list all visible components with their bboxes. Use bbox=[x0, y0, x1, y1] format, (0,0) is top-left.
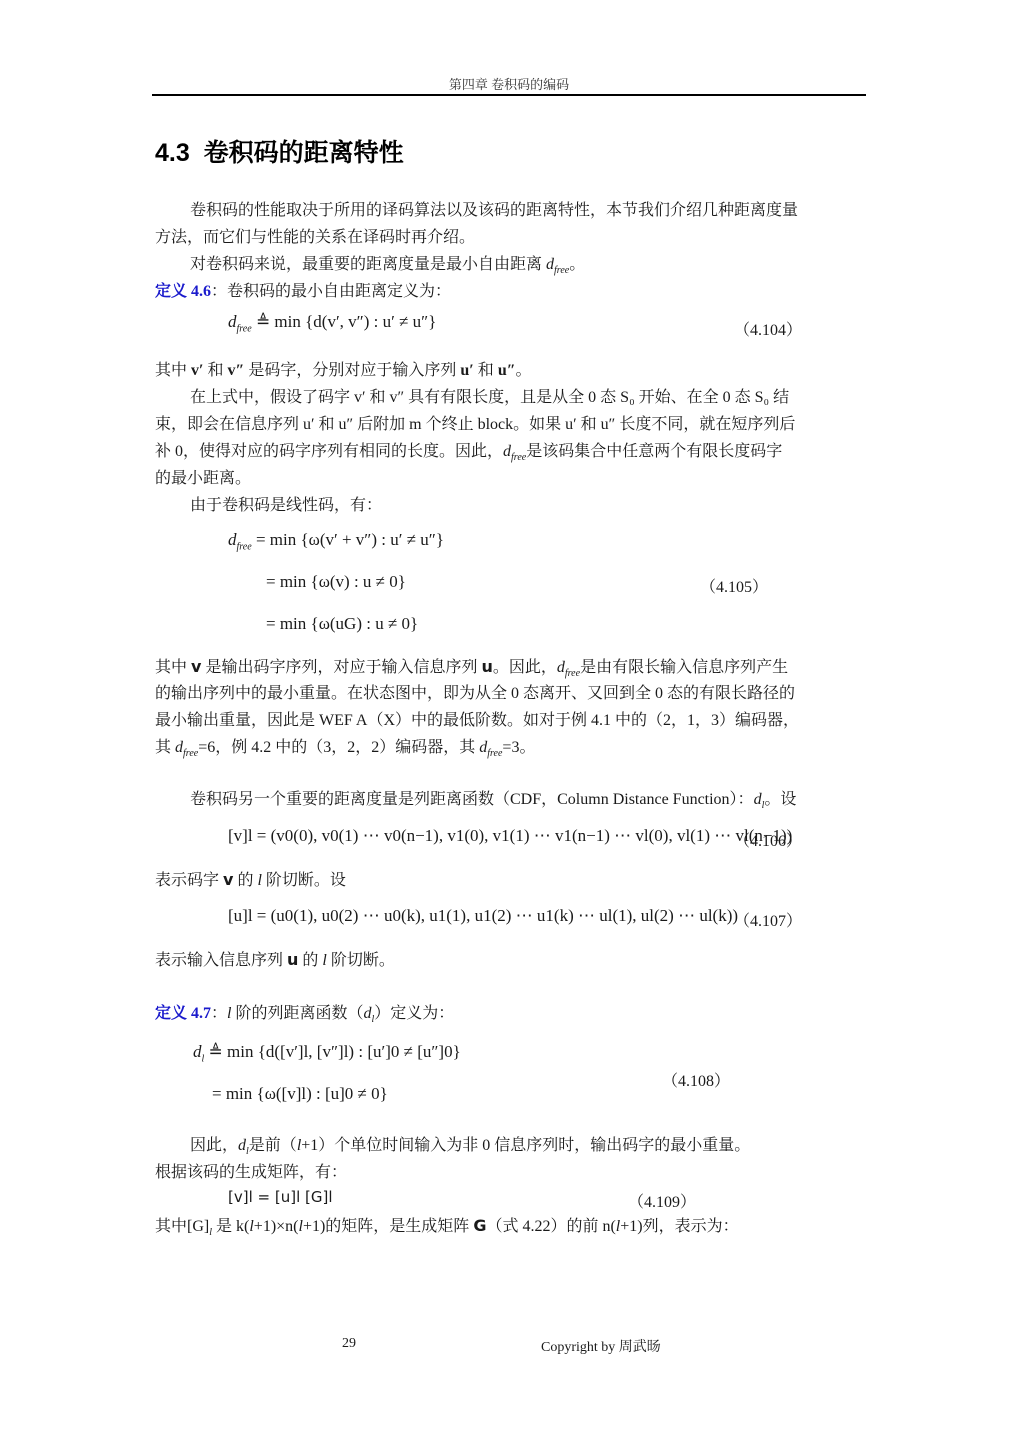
equation-number: （4.108） bbox=[662, 1068, 730, 1091]
equation-number: （4.107） bbox=[734, 908, 802, 931]
paragraph-line: 由于卷积码是线性码，有： bbox=[190, 495, 382, 517]
equation-4-109: [v]l = [u]l [G]l bbox=[228, 1188, 333, 1206]
equation-4-107: [u]l = (u0(1), u0(2) ⋯ u0(k), u1(1), u1(… bbox=[228, 906, 738, 926]
section-title-text: 卷积码的距离特性 bbox=[204, 139, 404, 167]
equation-number: （4.106） bbox=[734, 828, 802, 851]
definition-label: 定义 4.7 bbox=[155, 1005, 211, 1022]
d-free-symbol: dfree bbox=[546, 256, 569, 273]
equation-4-105-line-2: = min {ω(v) : u ≠ 0} bbox=[266, 572, 406, 592]
paragraph-line: 表示输入信息序列 u 的 l 阶切断。 bbox=[155, 949, 395, 972]
paragraph-line: 对卷积码来说，最重要的距离度量是最小自由距离 dfree。 bbox=[190, 254, 585, 282]
paragraph-line: 补 0，使得对应的码字序列有相同的长度。因此，dfree是该码集合中任意两个有限… bbox=[155, 441, 782, 469]
page-number: 29 bbox=[342, 1336, 356, 1352]
definition-4-7: 定义 4.7：l 阶的列距离函数（dl）定义为： bbox=[155, 1003, 454, 1031]
paragraph-line: 的输出序列中的最小重量。在状态图中，即为从全 0 态离开、又回到全 0 态的有限… bbox=[155, 683, 795, 705]
equation-4-104: dfree ≜ min {d(v′, v″) : u′ ≠ u″} bbox=[228, 312, 436, 334]
paragraph-line: 表示码字 v 的 l 阶切断。设 bbox=[155, 869, 346, 892]
paragraph-line: 因此，dl是前（l+1）个单位时间输入为非 0 信息序列时，输出码字的最小重量。 bbox=[190, 1135, 750, 1163]
paragraph-line: 其中[G]l 是 k(l+1)×n(l+1)的矩阵，是生成矩阵 G（式 4.22… bbox=[155, 1215, 739, 1244]
running-header: 第四章 卷积码的编码 bbox=[152, 74, 866, 93]
paragraph-line: 其中 v′ 和 v″ 是码字，分别对应于输入序列 u′ 和 u″。 bbox=[155, 360, 532, 382]
equation-number: （4.105） bbox=[700, 574, 768, 597]
definition-text: ：卷积码的最小自由距离定义为： bbox=[211, 283, 451, 300]
equation-number: （4.104） bbox=[734, 317, 802, 340]
equation-4-105-line-3: = min {ω(uG) : u ≠ 0} bbox=[266, 614, 418, 634]
equation-number: （4.109） bbox=[628, 1189, 696, 1212]
paragraph-line: 束，即会在信息序列 u′ 和 u″ 后附加 m 个终止 block。如果 u′ … bbox=[155, 414, 795, 436]
paragraph-line: 其中 v 是输出码字序列，对应于输入信息序列 u。因此，dfree是由有限长输入… bbox=[155, 656, 788, 685]
equation-4-106: [v]l = (v0(0), v0(1) ⋯ v0(n−1), v1(0), v… bbox=[228, 826, 792, 846]
equation-4-108-line-2: = min {ω([v]l) : [u]0 ≠ 0} bbox=[212, 1084, 388, 1104]
paragraph-line: 在上式中，假设了码字 v′ 和 v″ 具有有限长度，且是从全 0 态 S₀ 开始… bbox=[190, 387, 789, 409]
header-rule bbox=[152, 94, 866, 96]
paragraph-line: 的最小距离。 bbox=[155, 468, 251, 490]
paragraph-line: 其 dfree=6，例 4.2 中的（3，2，2）编码器，其 dfree=3。 bbox=[155, 737, 535, 765]
text: 对卷积码来说，最重要的距离度量是最小自由距离 bbox=[190, 256, 546, 273]
equation-4-105-line-1: dfree = min {ω(v′ + v″) : u′ ≠ u″} bbox=[228, 530, 444, 552]
equation-4-108-line-1: dl ≜ min {d([v′]l, [v″]l) : [u′]0 ≠ [u″]… bbox=[193, 1042, 461, 1064]
paragraph-line: 方法，而它们与性能的关系在译码时再介绍。 bbox=[155, 227, 475, 249]
definition-4-6: 定义 4.6：卷积码的最小自由距离定义为： bbox=[155, 281, 451, 303]
paragraph-line: 根据该码的生成矩阵，有： bbox=[155, 1162, 347, 1184]
equation-body: ≜ min {d(v′, v″) : u′ ≠ u″} bbox=[256, 312, 436, 331]
text: 。 bbox=[569, 256, 585, 273]
document-page: 第四章 卷积码的编码 4.3 卷积码的距离特性 卷积码的性能取决于所用的译码算法… bbox=[0, 0, 1019, 1440]
copyright-footer: Copyright by 周武旸 bbox=[541, 1336, 661, 1356]
definition-label: 定义 4.6 bbox=[155, 283, 211, 300]
section-number: 4.3 bbox=[155, 139, 190, 167]
section-heading: 4.3 卷积码的距离特性 bbox=[155, 133, 404, 169]
paragraph-line: 卷积码另一个重要的距离度量是列距离函数（CDF，Column Distance … bbox=[190, 789, 796, 817]
paragraph-line: 最小输出重量，因此是 WEF A（X）中的最低阶数。如对于例 4.1 中的（2，… bbox=[155, 710, 799, 732]
paragraph-line: 卷积码的性能取决于所用的译码算法以及该码的距离特性，本节我们介绍几种距离度量 bbox=[190, 200, 798, 222]
